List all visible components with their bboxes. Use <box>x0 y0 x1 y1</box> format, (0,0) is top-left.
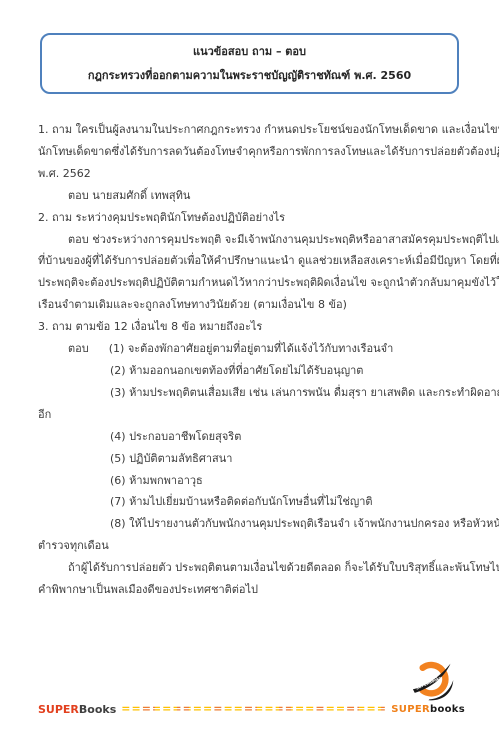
body-line: (3) ห้ามประพฤติตนเสื่อมเสีย เช่น เล่นการ… <box>38 382 471 404</box>
body-line: อีก <box>38 404 471 426</box>
body-line-text: ที่บ้านของผู้ที่ได้รับการปล่อยตัวเพื่อให… <box>38 254 499 267</box>
body-line-text: ถ้าผู้ได้รับการปล่อยตัว ประพฤติตนตามเงื่… <box>68 561 499 574</box>
superbooks-logo-icon: SUPERBooks <box>412 659 456 703</box>
answer-label: ตอบ <box>68 342 89 355</box>
superbooks-logo: SUPERBooks <box>412 659 456 703</box>
body-line: (8) ให้ไปรายงานตัวกับพนักงานคุมประพฤติเร… <box>38 513 471 535</box>
body-line: ตอบ ช่วงระหว่างการคุมประพฤติ จะมีเจ้าพนั… <box>38 229 471 251</box>
footer-brand-right-super: SUPER <box>391 704 430 715</box>
body-line-text: ตอบ ช่วงระหว่างการคุมประพฤติ จะมีเจ้าพนั… <box>68 233 499 246</box>
body-line: นักโทษเด็ดขาดซึ่งได้รับการลดวันต้องโทษจำ… <box>38 141 471 163</box>
body-line: พ.ศ. 2562 <box>38 163 471 185</box>
body-line: ถ้าผู้ได้รับการปล่อยตัว ประพฤติตนตามเงื่… <box>38 557 471 579</box>
footer-brand-left: SUPERBooks <box>38 703 116 716</box>
body-line-text: ประพฤติจะต้องประพฤติปฏิบัติตามกำหนดไว้หา… <box>38 276 499 289</box>
footer-dashed-separator: ========================================… <box>121 701 385 717</box>
header-title-box: แนวข้อสอบ ถาม – ตอบ กฎกระทรวงที่ออกตามคว… <box>40 33 459 94</box>
body-line-text: (4) ประกอบอาชีพโดยสุจริต <box>110 430 241 443</box>
body-line: คำพิพากษาเป็นพลเมืองดีของประเทศชาติต่อไป <box>38 579 471 601</box>
body-line-text: ตำรวจทุกเดือน <box>38 539 109 552</box>
footer-brand-left-super: SUPER <box>38 703 79 716</box>
footer-brand-right: SUPERbooks <box>391 704 465 715</box>
body-line-text: คำพิพากษาเป็นพลเมืองดีของประเทศชาติต่อไป <box>38 583 258 596</box>
body-line-text: (7) ห้ามไปเยี่ยมบ้านหรือติดต่อกับนักโทษอ… <box>110 495 373 508</box>
body-line-text: ตอบ นายสมศักดิ์ เทพสุทิน <box>68 189 190 202</box>
body-line: ประพฤติจะต้องประพฤติปฏิบัติตามกำหนดไว้หา… <box>38 272 471 294</box>
body-line: (7) ห้ามไปเยี่ยมบ้านหรือติดต่อกับนักโทษอ… <box>38 491 471 513</box>
body-line-text: เรือนจำตามเดิมและจะถูกลงโทษทางวินัยด้วย … <box>38 298 347 311</box>
body-line: 3. ถาม ตามข้อ 12 เงื่อนไข 8 ข้อ หมายถึงอ… <box>38 316 471 338</box>
body-line: ตำรวจทุกเดือน <box>38 535 471 557</box>
document-subtitle: กฎกระทรวงที่ออกตามความในพระราชบัญญัติราช… <box>88 69 411 82</box>
body-line-text: (6) ห้ามพกพาอาวุธ <box>110 474 203 487</box>
document-body: 1. ถาม ใครเป็นผู้ลงนามในประกาศกฎกระทรวง … <box>38 119 471 601</box>
body-line: 1. ถาม ใครเป็นผู้ลงนามในประกาศกฎกระทรวง … <box>38 119 471 141</box>
body-line-text: (1) จะต้องพักอาศัยอยู่ตามที่อยู่ตามที่ได… <box>109 342 394 355</box>
body-line-text: (8) ให้ไปรายงานตัวกับพนักงานคุมประพฤติเร… <box>110 517 499 530</box>
body-line-text: 1. ถาม ใครเป็นผู้ลงนามในประกาศกฎกระทรวง … <box>38 123 499 136</box>
footer: SUPERBooks =============================… <box>38 700 465 718</box>
body-line-text: อีก <box>38 408 51 421</box>
body-line: ที่บ้านของผู้ที่ได้รับการปล่อยตัวเพื่อให… <box>38 250 471 272</box>
footer-brand-left-books: Books <box>79 703 116 716</box>
document-title: แนวข้อสอบ ถาม – ตอบ <box>193 45 306 58</box>
body-line-text: (2) ห้ามออกนอกเขตท้องที่ที่อาศัยโดยไม่ได… <box>110 364 363 377</box>
body-line-text: 3. ถาม ตามข้อ 12 เงื่อนไข 8 ข้อ หมายถึงอ… <box>38 320 262 333</box>
body-line: เรือนจำตามเดิมและจะถูกลงโทษทางวินัยด้วย … <box>38 294 471 316</box>
body-line: (4) ประกอบอาชีพโดยสุจริต <box>38 426 471 448</box>
body-line: ตอบ(1) จะต้องพักอาศัยอยู่ตามที่อยู่ตามที… <box>38 338 471 360</box>
body-line-text: พ.ศ. 2562 <box>38 167 91 180</box>
body-line: (2) ห้ามออกนอกเขตท้องที่ที่อาศัยโดยไม่ได… <box>38 360 471 382</box>
body-line: (6) ห้ามพกพาอาวุธ <box>38 470 471 492</box>
body-line-text: (5) ปฏิบัติตามลัทธิศาสนา <box>110 452 232 465</box>
body-line-text: นักโทษเด็ดขาดซึ่งได้รับการลดวันต้องโทษจำ… <box>38 145 499 158</box>
document-page: แนวข้อสอบ ถาม – ตอบ กฎกระทรวงที่ออกตามคว… <box>0 0 499 739</box>
body-line-text: (3) ห้ามประพฤติตนเสื่อมเสีย เช่น เล่นการ… <box>110 386 499 399</box>
body-line: 2. ถาม ระหว่างคุมประพฤตินักโทษต้องปฏิบัต… <box>38 207 471 229</box>
body-line-text: 2. ถาม ระหว่างคุมประพฤตินักโทษต้องปฏิบัต… <box>38 211 285 224</box>
body-line: ตอบ นายสมศักดิ์ เทพสุทิน <box>38 185 471 207</box>
footer-brand-right-books: books <box>430 704 465 715</box>
body-line: (5) ปฏิบัติตามลัทธิศาสนา <box>38 448 471 470</box>
